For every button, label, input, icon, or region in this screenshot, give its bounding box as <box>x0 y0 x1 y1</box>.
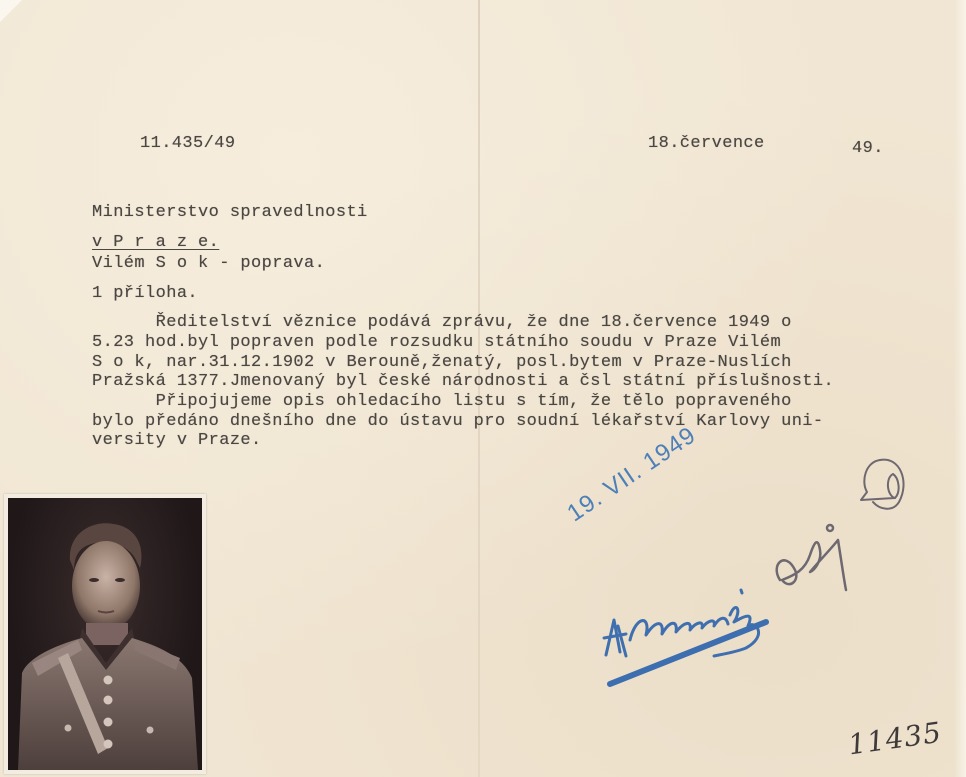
body-line: versity v Praze. <box>92 431 262 450</box>
paper-corner-fold <box>0 0 22 22</box>
letter-body: Ředitelství věznice podává zprávu, že dn… <box>92 313 942 463</box>
body-line: Ředitelství věznice podává zprávu, že dn… <box>92 313 792 332</box>
body-line: Pražská 1377.Jmenovaný byl české národno… <box>92 372 834 391</box>
soldier-portrait-icon <box>8 498 202 770</box>
body-line: bylo předáno dnešního dne do ústavu pro … <box>92 412 824 431</box>
photo-image <box>8 498 202 770</box>
pencil-signature-icon <box>760 510 860 610</box>
body-line: 5.23 hod.byl popraven podle rozsudku stá… <box>92 333 781 352</box>
portrait-photograph <box>4 494 206 774</box>
addressee-ministry: Ministerstvo spravedlnosti <box>92 203 368 222</box>
document-year: 49. <box>852 139 884 158</box>
paper-right-edge <box>954 0 966 777</box>
subject-line: Vilém S o k - poprava. <box>92 254 325 273</box>
addressee-city: v P r a z e. <box>92 233 219 252</box>
body-line: Připojujeme opis ohledacího listu s tím,… <box>92 392 792 411</box>
attachments-line: 1 příloha. <box>92 284 198 303</box>
initials-mark-icon <box>855 452 915 517</box>
document-date: 18.července <box>648 134 765 153</box>
body-line: S o k, nar.31.12.1902 v Berouně,ženatý, … <box>92 353 792 372</box>
reference-number: 11.435/49 <box>140 134 235 153</box>
